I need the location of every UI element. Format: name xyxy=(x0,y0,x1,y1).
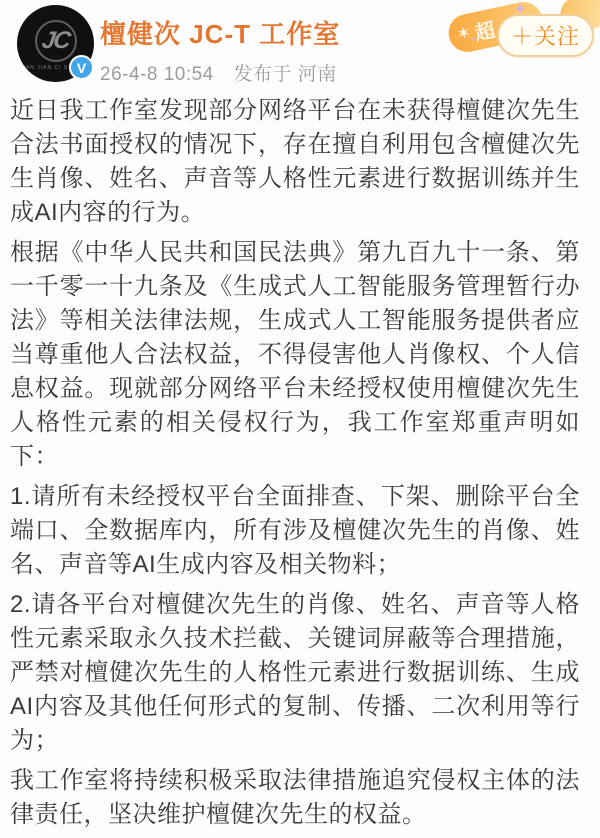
follow-button[interactable]: ＋关注 xyxy=(497,14,594,57)
post-content: 近日我工作室发现部分网络平台在未获得檀健次先生合法书面授权的情况下，存在擅自利用… xyxy=(0,90,600,832)
logo-monogram: JC xyxy=(40,27,71,55)
verified-badge-icon: V xyxy=(69,55,94,80)
post-paragraph: 2.请各平台对檀健次先生的肖像、姓名、声音等人格性元素采取永久技术拦截、关键词屏… xyxy=(10,588,580,758)
weibo-post: JC TAN JIAN CI STUDIO V 檀健次 JC-T 工作室 26-… xyxy=(0,0,600,838)
post-location: 发布于 河南 xyxy=(234,64,337,85)
timestamp: 26-4-8 10:54 xyxy=(100,64,214,85)
post-paragraph: 我工作室将持续积极采取法律措施追究侵权主体的法律责任，坚决维护檀健次先生的权益。 xyxy=(10,764,580,832)
post-paragraph: 近日我工作室发现部分网络平台在未获得檀健次先生合法书面授权的情况下，存在擅自利用… xyxy=(10,94,580,230)
sparkle-icon: ✦ xyxy=(470,34,478,45)
post-paragraph: 根据《中华人民共和国民法典》第九百九十一条、第一千零一十九条及《生成式人工智能服… xyxy=(10,236,580,474)
post-paragraph: 1.请所有未经授权平台全面排查、下架、删除平台全端口、全数据库内，所有涉及檀健次… xyxy=(10,480,580,582)
user-block: 檀健次 JC-T 工作室 26-4-8 10:54 发布于 河南 xyxy=(100,14,340,86)
avatar[interactable]: JC TAN JIAN CI STUDIO V xyxy=(17,5,94,82)
username-link[interactable]: 檀健次 JC-T 工作室 xyxy=(100,14,340,51)
post-meta: 26-4-8 10:54 发布于 河南 xyxy=(100,59,340,86)
post-header: JC TAN JIAN CI STUDIO V 檀健次 JC-T 工作室 26-… xyxy=(0,0,600,90)
logo-ring: JC xyxy=(35,20,77,62)
